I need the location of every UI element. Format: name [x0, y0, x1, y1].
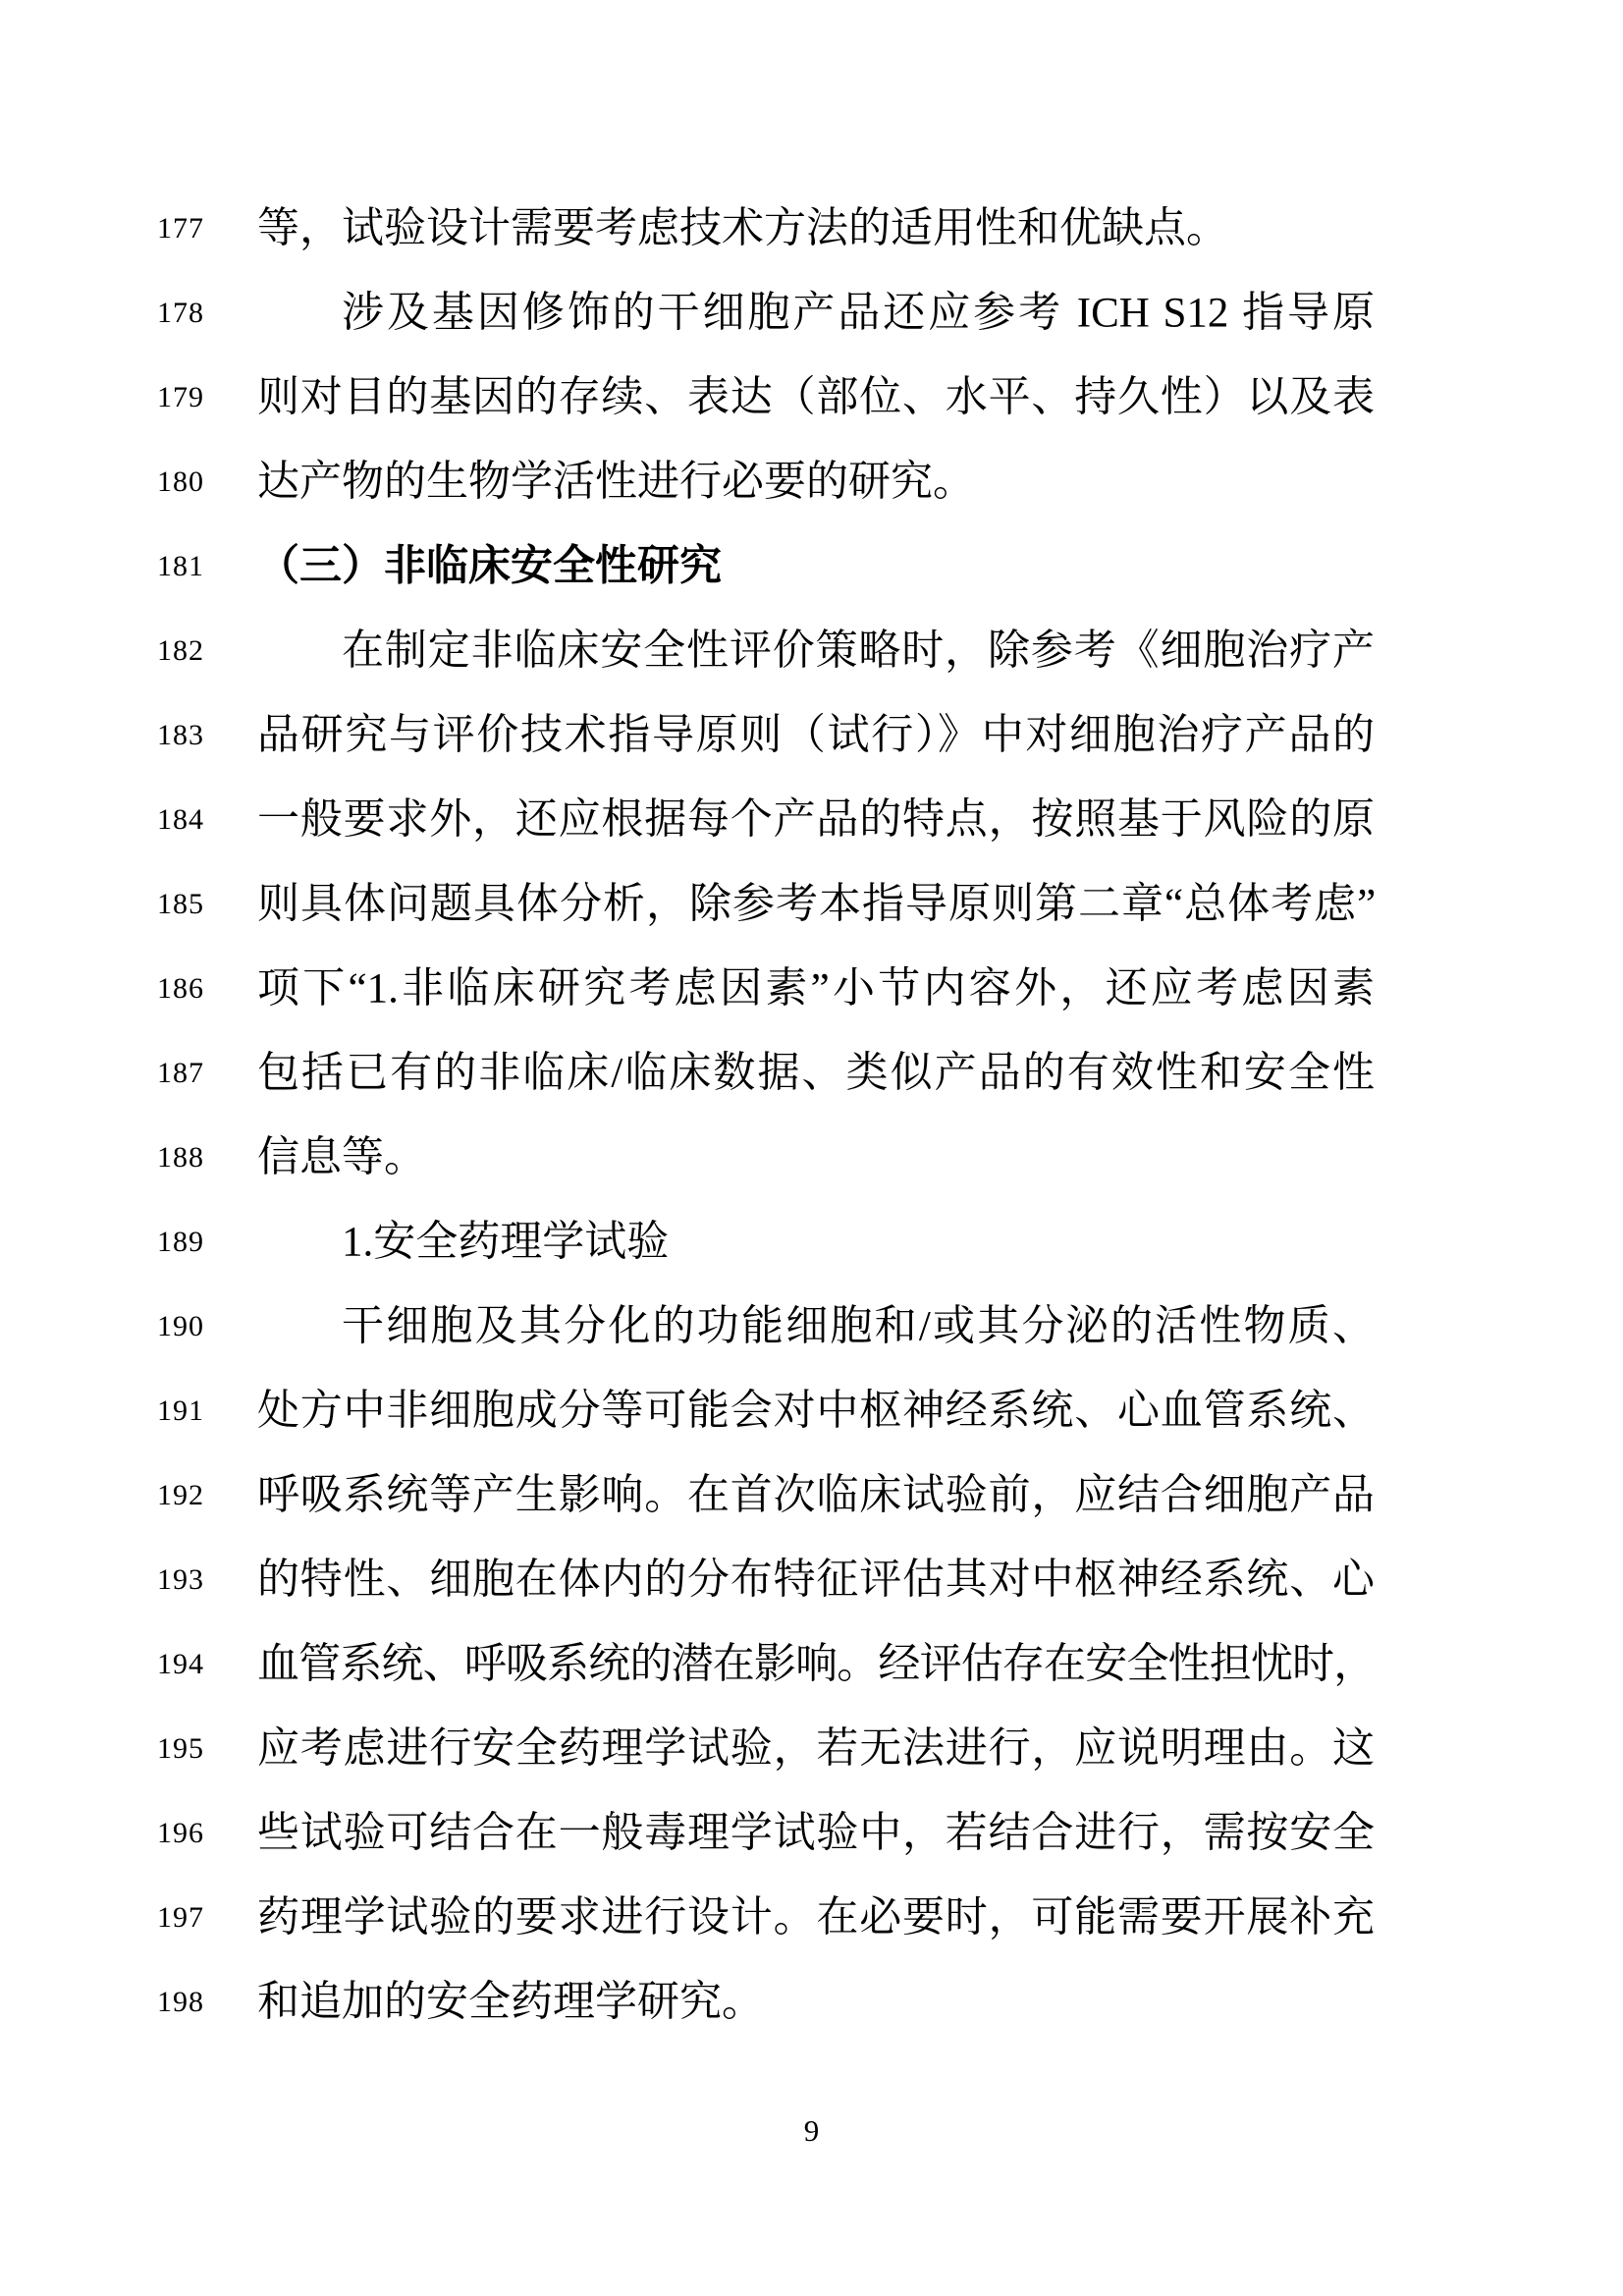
line-number: 179: [157, 381, 204, 414]
line-number: 185: [157, 888, 204, 921]
text-line: 的特性、细胞在体内的分布特征评估其对中枢神经系统、心: [257, 1556, 1375, 1604]
document-line: 184 一般要求外，还应根据每个产品的特点，按照基于风险的原: [0, 778, 1623, 862]
text-line: 些试验可结合在一般毒理学试验中，若结合进行，需按安全: [257, 1809, 1375, 1857]
line-number: 193: [157, 1563, 204, 1597]
text-line: 应考虑进行安全药理学试验，若无法进行，应说明理由。这: [257, 1724, 1375, 1773]
document-line: 190 干细胞及其分化的功能细胞和/或其分泌的活性物质、: [0, 1285, 1623, 1369]
line-number: 186: [157, 972, 204, 1006]
document-line: 185 则具体问题具体分析，除参考本指导原则第二章“总体考虑”: [0, 862, 1623, 947]
text-line: 涉及基因修饰的干细胞产品还应参考 ICH S12 指导原: [257, 289, 1375, 337]
subsection-heading-line: 189 1.安全药理学试验: [0, 1200, 1623, 1285]
line-number: 188: [157, 1141, 204, 1175]
document-line: 183 品研究与评价技术指导原则（试行）》中对细胞治疗产品的: [0, 693, 1623, 778]
line-number: 184: [157, 803, 204, 837]
document-line: 197 药理学试验的要求进行设计。在必要时，可能需要开展补充: [0, 1876, 1623, 1960]
document-line: 180 达产物的生物学活性进行必要的研究。: [0, 440, 1623, 524]
text-line: 信息等。: [257, 1133, 1375, 1181]
text-line: 干细胞及其分化的功能细胞和/或其分泌的活性物质、: [257, 1302, 1375, 1350]
document-line: 196 些试验可结合在一般毒理学试验中，若结合进行，需按安全: [0, 1791, 1623, 1876]
text-line: 达产物的生物学活性进行必要的研究。: [257, 458, 1375, 506]
line-number: 189: [157, 1226, 204, 1259]
line-number: 182: [157, 634, 204, 668]
line-number: 192: [157, 1479, 204, 1512]
section-heading: （三）非临床安全性研究: [257, 542, 1375, 590]
line-number: 190: [157, 1310, 204, 1343]
line-number: 197: [157, 1901, 204, 1935]
line-number: 198: [157, 1986, 204, 2019]
document-line: 191 处方中非细胞成分等可能会对中枢神经系统、心血管系统、: [0, 1369, 1623, 1453]
text-line: 则具体问题具体分析，除参考本指导原则第二章“总体考虑”: [257, 880, 1375, 928]
document-line: 192 呼吸系统等产生影响。在首次临床试验前，应结合细胞产品: [0, 1453, 1623, 1538]
document-line: 179 则对目的基因的存续、表达（部位、水平、持久性）以及表: [0, 355, 1623, 440]
document-page: 177 等，试验设计需要考虑技术方法的适用性和优缺点。 178 涉及基因修饰的干…: [0, 0, 1623, 2296]
document-line: 198 和追加的安全药理学研究。: [0, 1960, 1623, 2045]
document-line: 182 在制定非临床安全性评价策略时，除参考《细胞治疗产: [0, 609, 1623, 693]
document-line: 194 血管系统、呼吸系统的潜在影响。经评估存在安全性担忧时，: [0, 1622, 1623, 1707]
line-number: 194: [157, 1648, 204, 1681]
text-line: 一般要求外，还应根据每个产品的特点，按照基于风险的原: [257, 795, 1375, 844]
text-line: 和追加的安全药理学研究。: [257, 1978, 1375, 2026]
line-number: 178: [157, 297, 204, 330]
document-line: 195 应考虑进行安全药理学试验，若无法进行，应说明理由。这: [0, 1707, 1623, 1791]
text-line: 在制定非临床安全性评价策略时，除参考《细胞治疗产: [257, 627, 1375, 675]
text-line: 则对目的基因的存续、表达（部位、水平、持久性）以及表: [257, 373, 1375, 421]
text-line: 血管系统、呼吸系统的潜在影响。经评估存在安全性担忧时，: [257, 1640, 1375, 1688]
line-number: 196: [157, 1817, 204, 1850]
page-number: 9: [0, 2113, 1623, 2149]
line-number: 181: [157, 550, 204, 583]
text-line: 处方中非细胞成分等可能会对中枢神经系统、心血管系统、: [257, 1387, 1375, 1435]
document-line: 186 项下“1.非临床研究考虑因素”小节内容外，还应考虑因素: [0, 947, 1623, 1031]
text-line: 药理学试验的要求进行设计。在必要时，可能需要开展补充: [257, 1893, 1375, 1941]
subsection-heading: 1.安全药理学试验: [257, 1218, 1375, 1266]
document-line: 178 涉及基因修饰的干细胞产品还应参考 ICH S12 指导原: [0, 271, 1623, 355]
document-line: 188 信息等。: [0, 1116, 1623, 1200]
text-line: 等，试验设计需要考虑技术方法的适用性和优缺点。: [257, 204, 1375, 252]
text-line: 包括已有的非临床/临床数据、类似产品的有效性和安全性: [257, 1049, 1375, 1097]
line-number: 195: [157, 1732, 204, 1766]
line-number: 183: [157, 719, 204, 752]
document-line: 193 的特性、细胞在体内的分布特征评估其对中枢神经系统、心: [0, 1538, 1623, 1622]
line-number: 191: [157, 1394, 204, 1428]
text-line: 品研究与评价技术指导原则（试行）》中对细胞治疗产品的: [257, 711, 1375, 759]
line-number: 187: [157, 1057, 204, 1090]
text-line: 项下“1.非临床研究考虑因素”小节内容外，还应考虑因素: [257, 964, 1375, 1012]
line-number: 177: [157, 212, 204, 246]
text-line: 呼吸系统等产生影响。在首次临床试验前，应结合细胞产品: [257, 1471, 1375, 1519]
document-body: 177 等，试验设计需要考虑技术方法的适用性和优缺点。 178 涉及基因修饰的干…: [0, 187, 1623, 2045]
section-heading-line: 181 （三）非临床安全性研究: [0, 524, 1623, 609]
line-number: 180: [157, 465, 204, 499]
document-line: 177 等，试验设计需要考虑技术方法的适用性和优缺点。: [0, 187, 1623, 271]
document-line: 187 包括已有的非临床/临床数据、类似产品的有效性和安全性: [0, 1031, 1623, 1116]
